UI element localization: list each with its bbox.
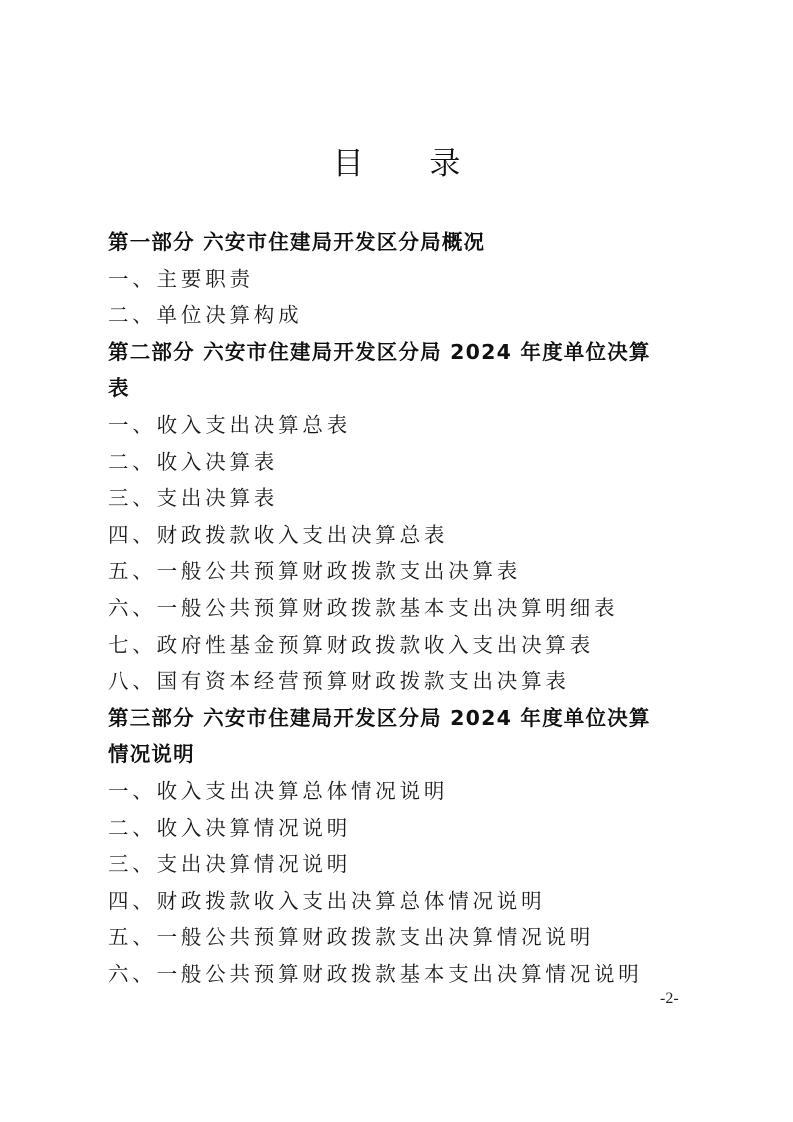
toc-item[interactable]: 七、政府性基金预算财政拨款收入支出决算表 [108, 627, 708, 664]
toc-item[interactable]: 四、财政拨款收入支出决算总表 [108, 517, 708, 554]
table-of-contents: 第一部分 六安市住建局开发区分局概况 一、主要职责 二、单位决算构成 第二部分 … [108, 224, 708, 992]
document-page: 目 录 第一部分 六安市住建局开发区分局概况 一、主要职责 二、单位决算构成 第… [0, 0, 793, 1122]
toc-item[interactable]: 二、单位决算构成 [108, 297, 708, 334]
toc-part3-heading[interactable]: 第三部分 六安市住建局开发区分局 2024 年度单位决算 [108, 700, 708, 737]
toc-item[interactable]: 六、一般公共预算财政拨款基本支出决算明细表 [108, 590, 708, 627]
toc-item[interactable]: 三、支出决算情况说明 [108, 846, 708, 883]
toc-item[interactable]: 五、一般公共预算财政拨款支出决算表 [108, 553, 708, 590]
toc-part2-heading-continued[interactable]: 表 [108, 370, 708, 407]
toc-item[interactable]: 五、一般公共预算财政拨款支出决算情况说明 [108, 919, 708, 956]
toc-part3-heading-continued[interactable]: 情况说明 [108, 736, 708, 773]
toc-item[interactable]: 三、支出决算表 [108, 480, 708, 517]
toc-item[interactable]: 一、收入支出决算总体情况说明 [108, 773, 708, 810]
toc-item[interactable]: 四、财政拨款收入支出决算总体情况说明 [108, 883, 708, 920]
toc-item[interactable]: 六、一般公共预算财政拨款基本支出决算情况说明 [108, 956, 708, 993]
toc-item[interactable]: 二、收入决算表 [108, 444, 708, 481]
toc-part2-heading[interactable]: 第二部分 六安市住建局开发区分局 2024 年度单位决算 [108, 334, 708, 371]
toc-item[interactable]: 一、收入支出决算总表 [108, 407, 708, 444]
toc-item[interactable]: 一、主要职责 [108, 261, 708, 298]
toc-part1-heading[interactable]: 第一部分 六安市住建局开发区分局概况 [108, 224, 708, 261]
toc-item[interactable]: 二、收入决算情况说明 [108, 810, 708, 847]
page-title: 目 录 [0, 142, 793, 186]
page-number: -2- [660, 990, 679, 1008]
toc-item[interactable]: 八、国有资本经营预算财政拨款支出决算表 [108, 663, 708, 700]
